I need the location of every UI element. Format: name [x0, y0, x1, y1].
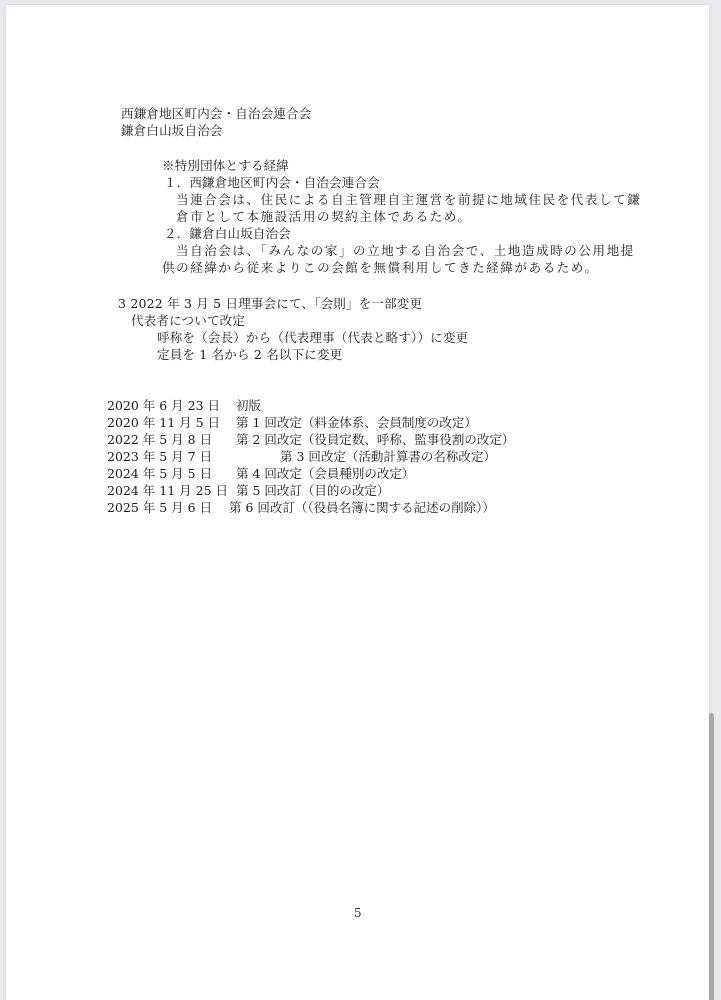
- org-name-association: 鎌倉白山坂自治会: [121, 123, 223, 139]
- revision-date: 2025 年 5 月 6 日: [107, 500, 212, 516]
- revision-date: 2020 年 6 月 23 日: [107, 398, 220, 414]
- revision-note: 第 1 回改定（料金体系、会員制度の改定）: [236, 415, 477, 431]
- special-item1-text-line1: 当連合会は、住民による自主管理自主運営を前提に地域住民を代表して鎌: [176, 192, 641, 208]
- revision-note: 第 5 回改訂（目的の改定）: [236, 483, 389, 499]
- special-item2-text-line1: 当自治会は、「みんなの家」の立地する自治会で、土地造成時の公用地提: [176, 243, 635, 259]
- revision-note: 第 2 回改定（役員定数、呼称、監事役割の改定）: [236, 432, 514, 448]
- section3-line1: 3 2022 年 3 月 5 日理事会にて、「会則」を一部変更: [118, 296, 422, 312]
- revision-date: 2024 年 5 月 5 日: [107, 466, 212, 482]
- revision-note: 第 6 回改訂（（役員名簿に関する記述の削除））: [229, 500, 495, 516]
- special-item1-text-line2: 倉市として本施設活用の契約主体であるため。: [176, 209, 472, 225]
- special-title: ※特別団体とする経緯: [162, 158, 289, 174]
- vertical-scrollbar[interactable]: [709, 713, 714, 1000]
- section3-line3: 呼称を（会長）から（代表理事（代表と略す））に変更: [157, 330, 468, 346]
- org-name-federation: 西鎌倉地区町内会・自治会連合会: [121, 106, 312, 122]
- revision-date: 2024 年 11 月 25 日: [107, 483, 228, 499]
- special-item2-heading: ２．鎌倉白山坂自治会: [164, 226, 291, 242]
- section3-line4: 定員を 1 名から 2 名以下に変更: [157, 347, 342, 363]
- special-item2-text-line2: 供の経緯から従来よりこの会館を無償利用してきた経緯があるため。: [162, 260, 599, 276]
- revision-date: 2022 年 5 月 8 日: [107, 432, 212, 448]
- section3-line2: 代表者について改定: [131, 313, 245, 329]
- revision-date: 2020 年 11 月 5 日: [107, 415, 220, 431]
- revision-note: 第 4 回改定（会員種別の改定）: [236, 466, 414, 482]
- revision-date: 2023 年 5 月 7 日: [107, 449, 212, 465]
- special-item1-heading: １．西鎌倉地区町内会・自治会連合会: [164, 175, 380, 191]
- page-number: 5: [354, 906, 362, 920]
- revision-note: 初版: [236, 398, 261, 414]
- revision-note: 第 3 回改定（活動計算書の名称改定）: [280, 449, 496, 465]
